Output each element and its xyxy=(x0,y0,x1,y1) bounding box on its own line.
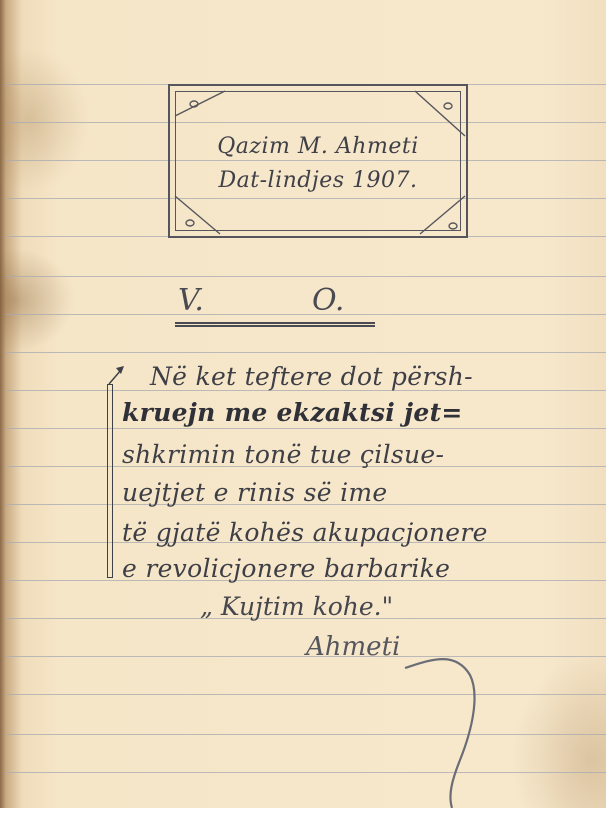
ruled-line xyxy=(6,772,606,773)
arrow-icon xyxy=(105,360,135,390)
quote-text: „ Kujtim kohe." xyxy=(200,592,393,621)
ruled-line xyxy=(6,314,606,315)
scan-bottom-margin xyxy=(0,808,606,815)
body-line-4: uejtjet e rinis së ime xyxy=(122,478,387,507)
card-name-text: Qazim M. Ahmeti xyxy=(170,134,466,159)
ruled-line xyxy=(6,734,606,735)
margin-bracket xyxy=(107,384,113,578)
signature: Ahmeti xyxy=(306,632,400,662)
body-line-3: shkrimin tonë tue çilsue- xyxy=(122,440,444,469)
ruled-line xyxy=(6,428,606,429)
ruled-line xyxy=(6,352,606,353)
body-line-2: kruejn me ekzaktsi jet= xyxy=(122,398,463,427)
heading-right: O. xyxy=(312,283,344,318)
name-card: Qazim M. Ahmeti Dat-lindjes 1907. xyxy=(168,84,468,238)
ruled-line xyxy=(6,276,606,277)
heading-double-underline xyxy=(175,322,375,327)
heading-left: V. xyxy=(178,283,204,318)
body-line-5: të gjatë kohës akupacjonere xyxy=(122,518,488,547)
signature-flourish-icon xyxy=(400,630,490,808)
body-line-1: Në ket teftere dot përsh- xyxy=(150,362,473,391)
card-corner-decorations-icon xyxy=(170,86,470,240)
notebook-page: Qazim M. Ahmeti Dat-lindjes 1907. V. O. … xyxy=(0,0,606,808)
body-line-6: e revolicjonere barbarike xyxy=(122,554,450,583)
ruled-line xyxy=(6,694,606,695)
card-birthdate-text: Dat-lindjes 1907. xyxy=(170,168,466,193)
